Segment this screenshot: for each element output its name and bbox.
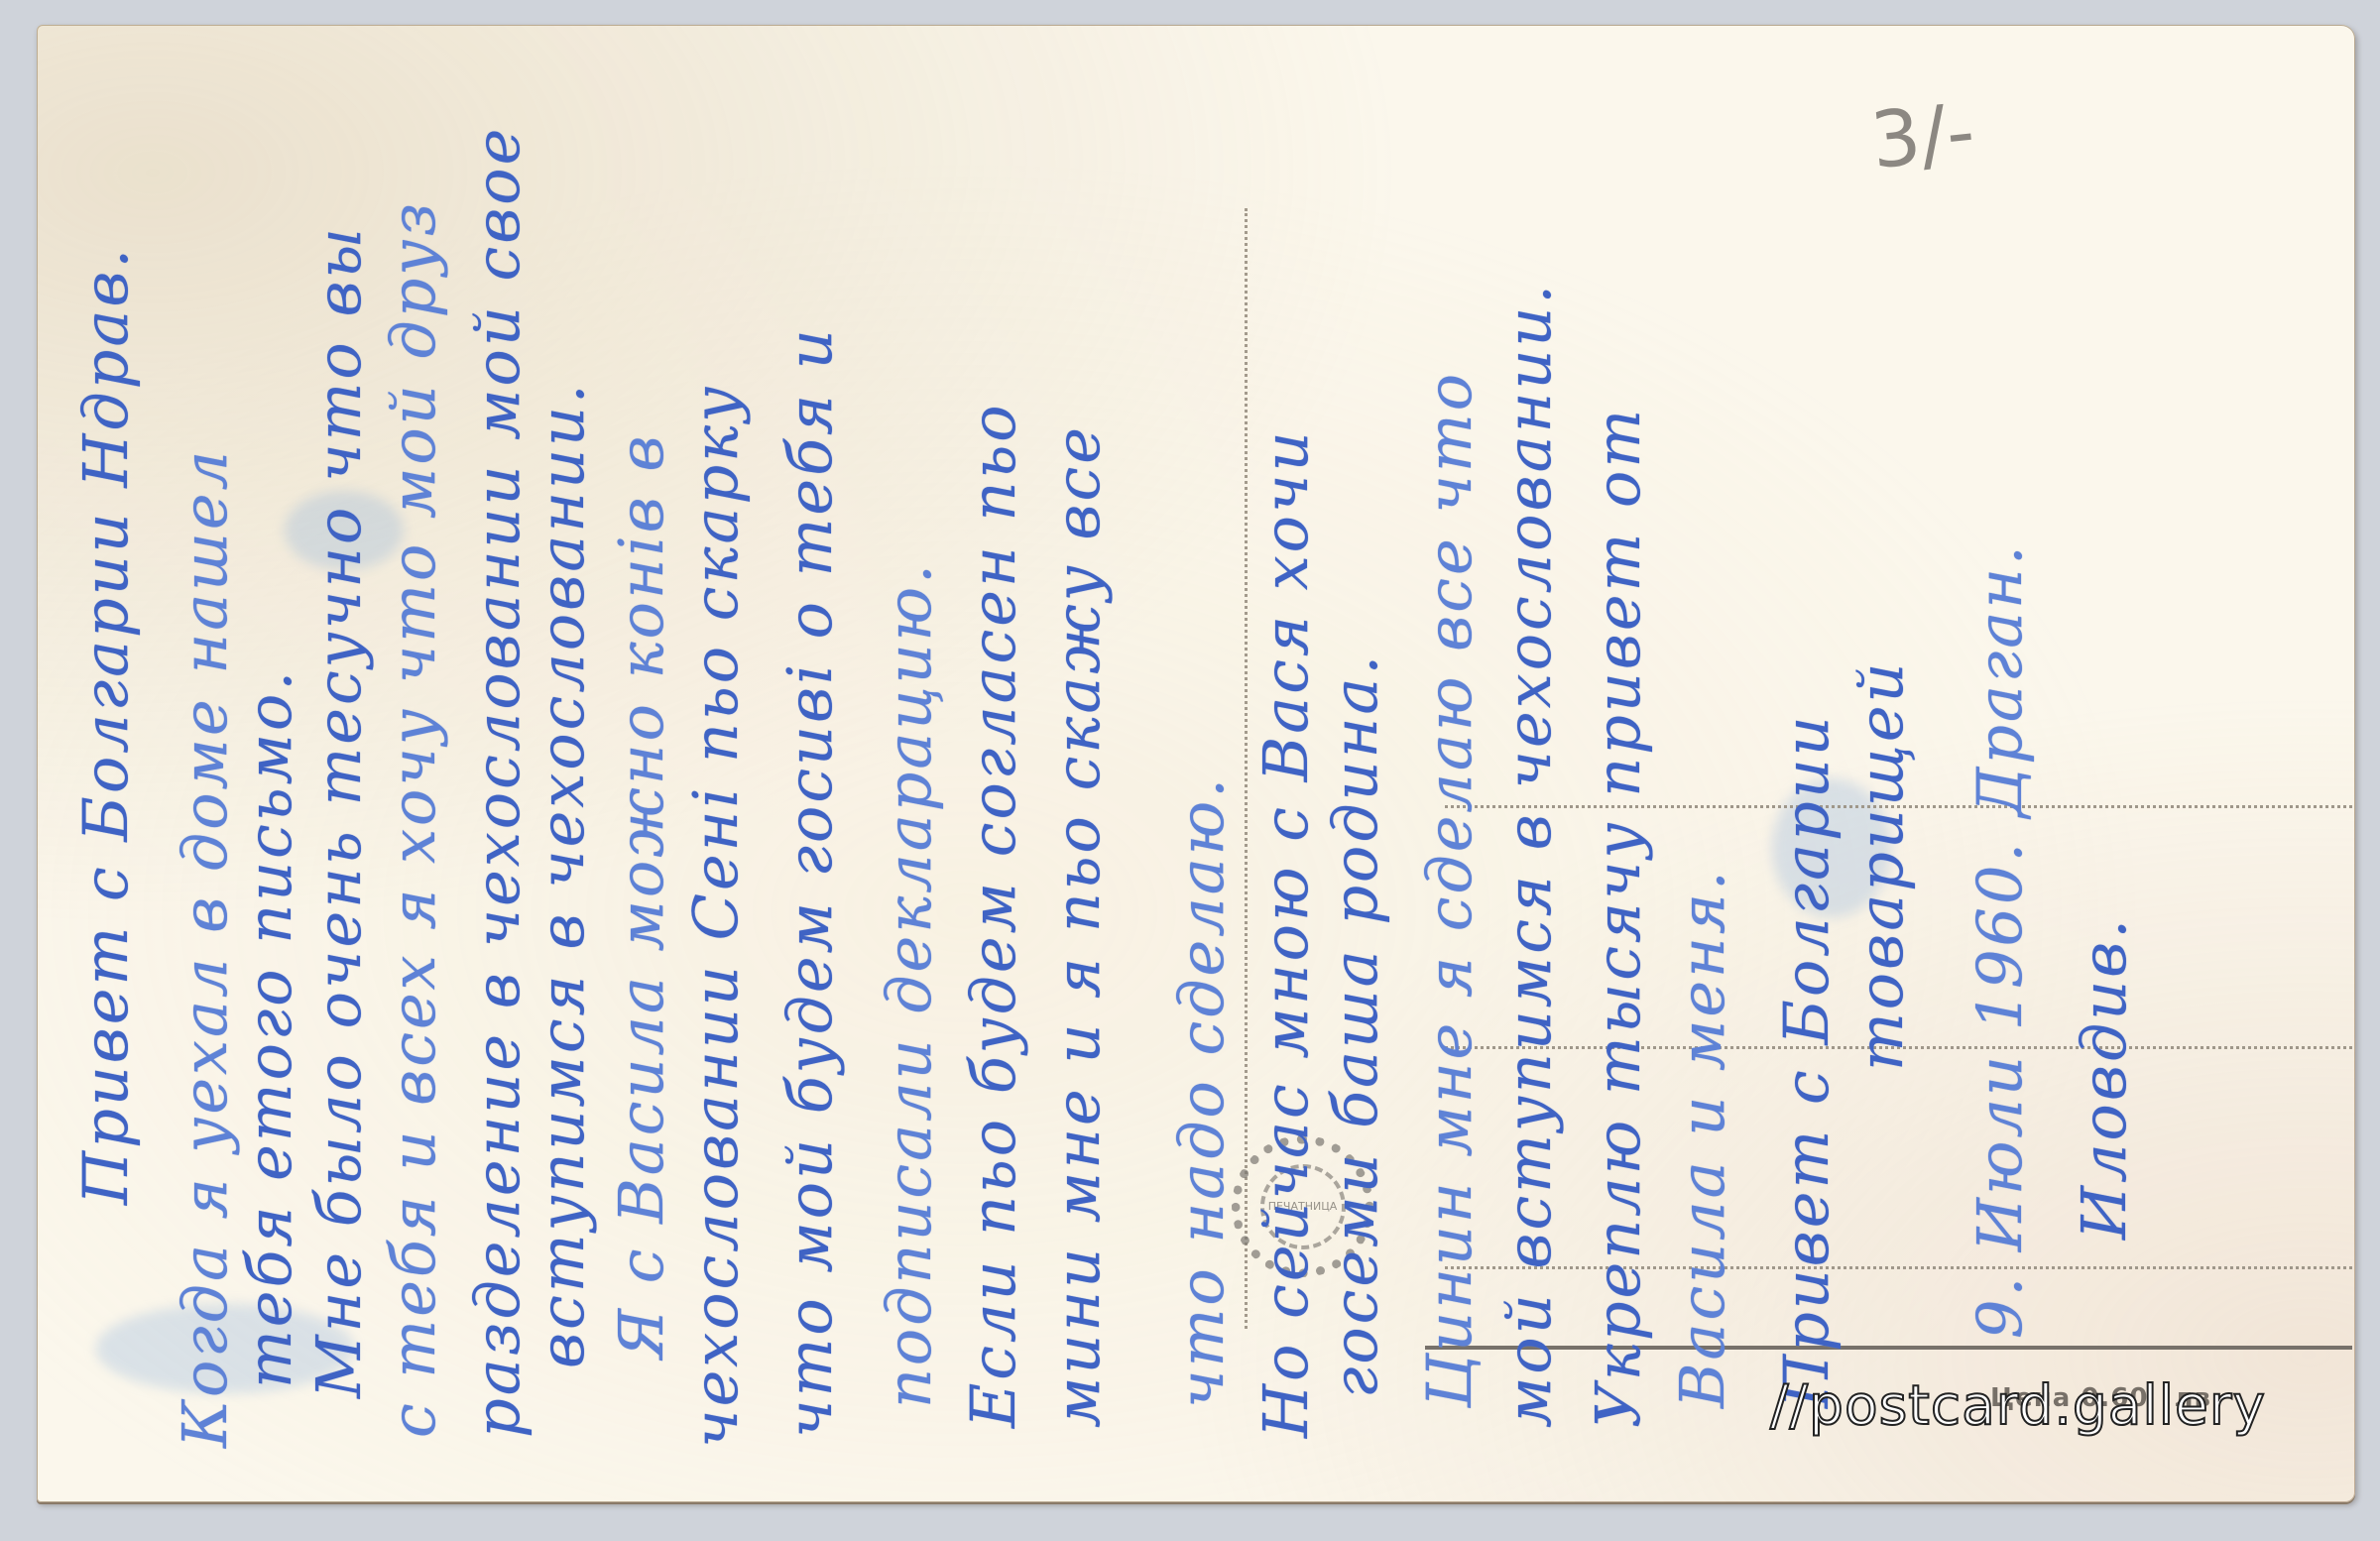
handwritten-line: подписали декларацию.: [873, 561, 945, 1408]
handwritten-line: что мой будем госиві о тебя и: [773, 326, 846, 1438]
handwritten-line: товарищей: [1844, 660, 1917, 1071]
handwritten-line: Привет с Болгарии Ндрав.: [69, 246, 142, 1205]
postcard-back: 3/- ПЕЧАТНИЦА Цена 0.60лв. Привет с Болг…: [37, 25, 2355, 1502]
pencil-price-note: 3/-: [1867, 87, 1979, 186]
watermark: //postcard.gallery: [1770, 1373, 2266, 1437]
handwritten-line: 9. Июли 1960. Драган.: [1963, 542, 2036, 1339]
handwritten-line: разделение в чехословании мой свое: [461, 126, 534, 1438]
handwritten-line: Укреплю тысячу привет от: [1582, 407, 1654, 1428]
handwritten-line: Когда я уехал в доме нашел: [169, 448, 241, 1448]
handwritten-line: Васила и меня.: [1666, 868, 1738, 1408]
handwritten-line: вступимся в чехословании.: [526, 381, 598, 1368]
handwritten-line: мини мне и я пьо скажу все: [1041, 424, 1114, 1428]
handwritten-line: госеми баша родина.: [1319, 652, 1391, 1398]
handwritten-line: тебя етого письмо.: [233, 668, 305, 1388]
handwritten-line: с тебя и всех я хочу что мой друз: [377, 200, 449, 1438]
handwritten-line: Но сейчас мною с Вася хочи: [1249, 428, 1322, 1438]
handwritten-line: чехословании Сені пьо скарку: [679, 384, 752, 1448]
handwritten-line: Привет с Болгарии: [1770, 713, 1843, 1408]
handwritten-line: Мне было очень тесучно что вы: [302, 225, 375, 1398]
handwritten-line: Цинин мне я сделаю все что: [1413, 371, 1486, 1408]
handwritten-line: мой вступимся в чехословании.: [1492, 282, 1565, 1428]
handwritten-line: что надо сделаю.: [1165, 775, 1238, 1408]
handwritten-line: Если пьо будем согласен пьо: [957, 402, 1029, 1428]
handwritten-line: Иловдив.: [2068, 916, 2140, 1240]
handwritten-line: Я с Васила можно конів в: [605, 432, 677, 1359]
